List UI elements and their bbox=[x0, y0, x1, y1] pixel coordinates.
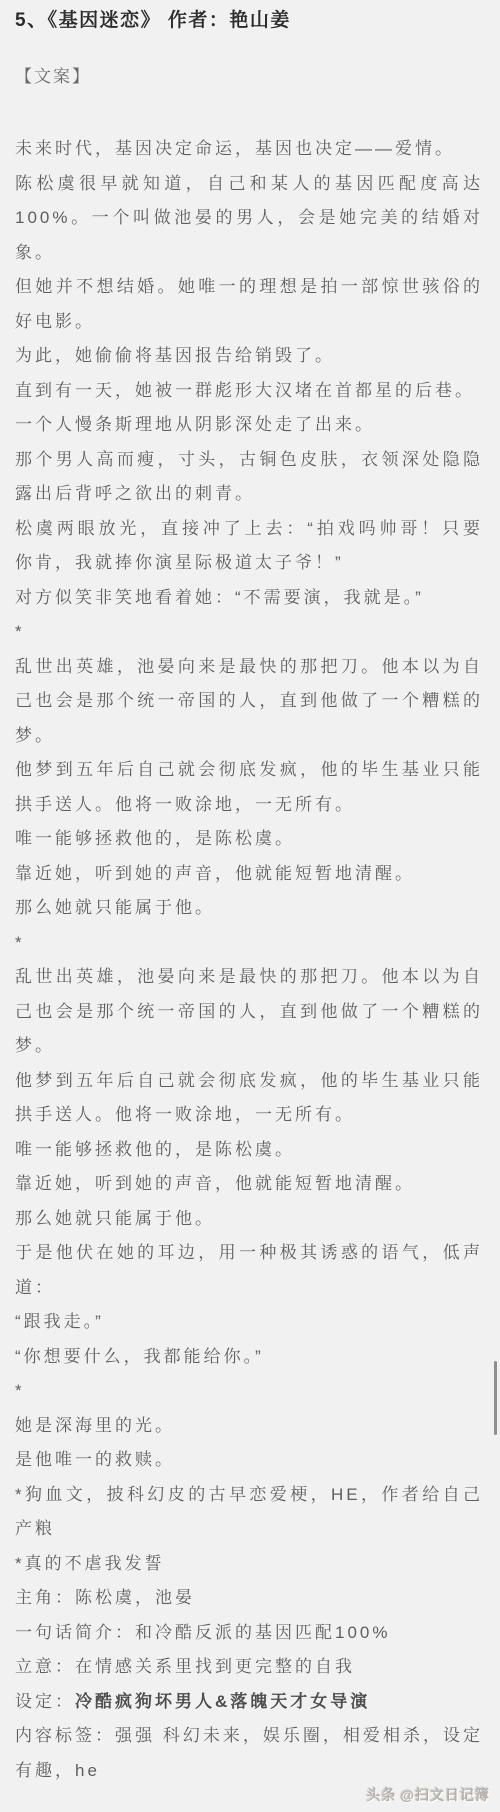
author-note: *狗血文，披科幻皮的古早恋爱梗，HE，作者给自己产粮 bbox=[15, 1478, 483, 1547]
scrollbar-thumb[interactable] bbox=[494, 1361, 497, 1435]
section-separator: * bbox=[15, 615, 483, 650]
theme-line: 立意：在情感关系里找到更完整的自我 bbox=[15, 1650, 483, 1685]
synopsis-paragraph: 那个男人高而瘦，寸头，古铜色皮肤，衣领深处隐隐露出后背呼之欲出的刺青。 bbox=[15, 443, 483, 512]
synopsis-paragraph: 为此，她偷偷将基因报告给销毁了。 bbox=[15, 339, 483, 374]
synopsis-paragraph: 松虞两眼放光，直接冲了上去：“拍戏吗帅哥！只要你肯，我就捧你演星际极道太子爷！” bbox=[15, 512, 483, 581]
page-title: 5、《基因迷恋》 作者：艳山姜 bbox=[15, 9, 483, 33]
synopsis-paragraph: 她是深海里的光。 bbox=[15, 1409, 483, 1444]
synopsis-paragraph: 但她并不想结婚。她唯一的理想是拍一部惊世骇俗的好电影。 bbox=[15, 270, 483, 339]
setting-value: 冷酷疯狗坏男人&落魄天才女导演 bbox=[75, 1692, 370, 1711]
synopsis-paragraph: 那么她就只能属于他。 bbox=[15, 1202, 483, 1237]
article-page: 5、《基因迷恋》 作者：艳山姜 【文案】 未来时代，基因决定命运，基因也决定——… bbox=[0, 0, 500, 1788]
synopsis-paragraph: 一个人慢条斯理地从阴影深处走了出来。 bbox=[15, 408, 483, 443]
synopsis-paragraph: 于是他伏在她的耳边，用一种极其诱惑的语气，低声道： bbox=[15, 1236, 483, 1305]
author-note: *真的不虐我发誓 bbox=[15, 1547, 483, 1582]
synopsis-paragraph: 靠近她，听到她的声音，他就能短暂地清醒。 bbox=[15, 857, 483, 892]
synopsis-text: 未来时代，基因决定命运，基因也决定——爱情。 陈松虞很早就知道，自己和某人的基因… bbox=[15, 132, 483, 1788]
article-screenshot: { "colors": { "background": "#f1f1f1", "… bbox=[0, 0, 500, 1812]
section-label: 【文案】 bbox=[15, 66, 483, 88]
synopsis-paragraph: 他梦到五年后自己就会彻底发疯，他的毕生基业只能拱手送人。他将一败涂地，一无所有。 bbox=[15, 1064, 483, 1133]
synopsis-paragraph: 乱世出英雄，池晏向来是最快的那把刀。他本以为自己也会是那个统一帝国的人，直到他做… bbox=[15, 650, 483, 754]
setting-label: 设定： bbox=[15, 1692, 75, 1711]
synopsis-paragraph: 唯一能够拯救他的，是陈松虞。 bbox=[15, 1133, 483, 1168]
synopsis-paragraph: 陈松虞很早就知道，自己和某人的基因匹配度高达100%。一个叫做池晏的男人，会是她… bbox=[15, 167, 483, 271]
section-separator: * bbox=[15, 926, 483, 961]
watermark-handle: @扫文日记簿 bbox=[400, 1787, 490, 1803]
synopsis-paragraph: 是他唯一的救赎。 bbox=[15, 1443, 483, 1478]
section-separator: * bbox=[15, 1374, 483, 1409]
synopsis-paragraph: 那么她就只能属于他。 bbox=[15, 891, 483, 926]
synopsis-paragraph: 乱世出英雄，池晏向来是最快的那把刀。他本以为自己也会是那个统一帝国的人，直到他做… bbox=[15, 960, 483, 1064]
dialogue-line: “跟我走。” bbox=[15, 1305, 483, 1340]
dialogue-line: “你想要什么，我都能给你。” bbox=[15, 1340, 483, 1375]
one-line-summary: 一句话简介：和冷酷反派的基因匹配100% bbox=[15, 1616, 483, 1651]
main-characters-line: 主角：陈松虞，池晏 bbox=[15, 1581, 483, 1616]
synopsis-paragraph: 靠近她，听到她的声音，他就能短暂地清醒。 bbox=[15, 1167, 483, 1202]
synopsis-paragraph: 对方似笑非笑地看着她：“不需要演，我就是。” bbox=[15, 581, 483, 616]
synopsis-paragraph: 直到有一天，她被一群彪形大汉堵在首都星的后巷。 bbox=[15, 374, 483, 409]
watermark-platform: 头条 bbox=[366, 1787, 396, 1803]
content-tags-line: 内容标签：强强 科幻未来，娱乐圈，相爱相杀，设定有趣，he bbox=[15, 1719, 483, 1788]
synopsis-paragraph: 唯一能够拯救他的，是陈松虞。 bbox=[15, 822, 483, 857]
synopsis-paragraph: 未来时代，基因决定命运，基因也决定——爱情。 bbox=[15, 132, 483, 167]
setting-line: 设定：冷酷疯狗坏男人&落魄天才女导演 bbox=[15, 1685, 483, 1720]
synopsis-paragraph: 他梦到五年后自己就会彻底发疯，他的毕生基业只能拱手送人。他将一败涂地，一无所有。 bbox=[15, 753, 483, 822]
watermark: 头条@扫文日记簿 bbox=[366, 1785, 490, 1805]
